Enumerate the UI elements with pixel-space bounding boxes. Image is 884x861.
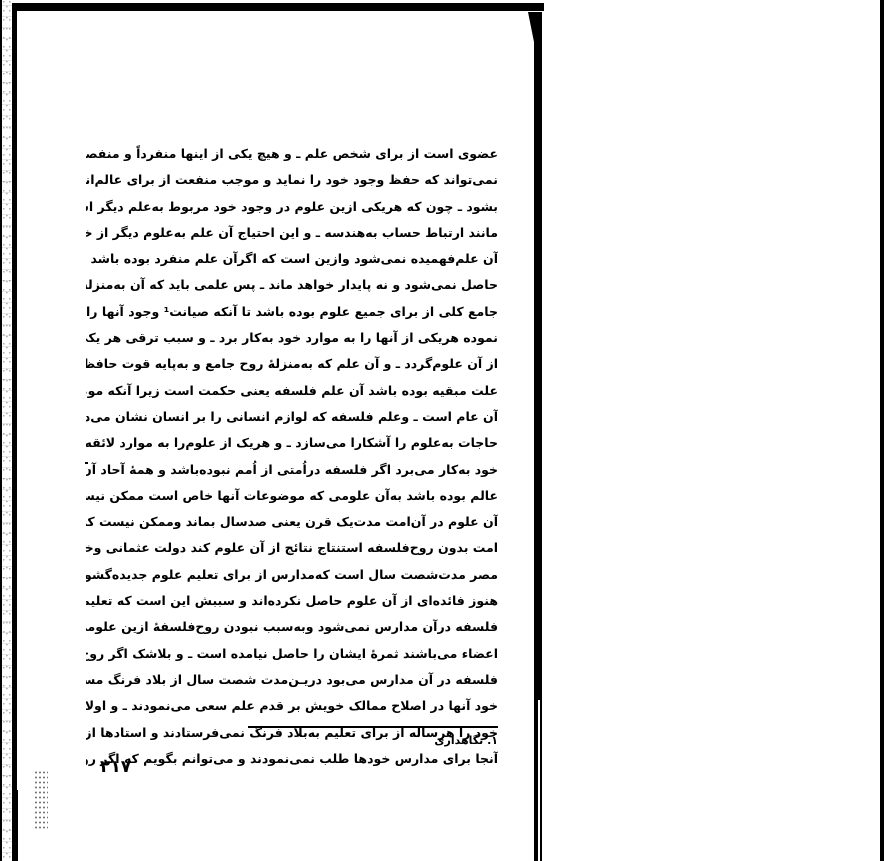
text-line: نمی‌تواند که حفظ وجود خود را نماید و موج…: [86, 167, 498, 193]
text-line: مصر مدت‌شصت سال است که‌مدارس از برای تعل…: [86, 562, 498, 588]
text-line: عضوی است از برای شخص علم ـ و هیچ یکی از …: [86, 141, 498, 167]
text-line: فلسفه درآن مدارس نمی‌شود وبه‌سبب نبودن ر…: [86, 614, 498, 640]
text-line: بشود ـ چون که هریکی ازین علوم در وجود خو…: [86, 194, 498, 220]
footnote-text: نگاهداری: [434, 734, 483, 747]
body-text: عضوی است از برای شخص علم ـ و هیچ یکی از …: [86, 141, 498, 772]
text-line: نموده هریکی از آنها را به موارد خود به‌ک…: [86, 325, 498, 351]
footnote-divider: [248, 726, 498, 728]
footnote: ١. نگاهداری: [434, 734, 498, 747]
text-line: آن عام است ـ وعلم فلسفه که لوازم انسانی …: [86, 404, 498, 430]
text-line: حاجات به‌علوم را آشکارا می‌سازد ـ و هریک…: [86, 430, 498, 456]
page-number: ۲۱۷: [100, 757, 131, 777]
scan-right-edge: [880, 0, 884, 861]
page-left-edge-lower: [17, 790, 24, 861]
page-top-edge: [12, 3, 544, 11]
text-line: مانند ارتباط حساب به‌هندسه ـ و این احتیا…: [86, 220, 498, 246]
text-line: هنوز فائده‌ای از آن علوم حاصل نکرده‌اند …: [86, 588, 498, 614]
footnote-marker: ١.: [487, 734, 498, 747]
text-line: از آن علوم‌گردد ـ و آن علم که به‌منزلهٔ …: [86, 351, 498, 377]
book-gutter-gap: [538, 700, 540, 861]
text-line: خود به‌کار می‌برد اگر فلسفه دراُمتی از ا…: [86, 457, 498, 483]
text-line: علت مبقیه بوده باشد آن علم فلسفه یعنی حک…: [86, 378, 498, 404]
text-line: امت بدون روح‌فلسفه استنتاج نتائج از آن ع…: [86, 535, 498, 561]
text-line: خود آنها در اصلاح ممالک خویش بر قدم علم …: [86, 693, 498, 719]
text-line: اعضاء می‌باشند ثمرهٔ ایشان را حاصل نیامد…: [86, 641, 498, 667]
text-line: جامع کلی از برای جمیع علوم بوده باشد تا …: [86, 299, 498, 325]
text-line: حاصل نمی‌شود و نه پایدار خواهد ماند ـ پس…: [86, 272, 498, 298]
text-line: عالم بوده باشد به‌آن علومی که موضوعات آن…: [86, 483, 498, 509]
text-line: فلسفه در آن مدارس می‌بود دریـن‌مدت شصت س…: [86, 667, 498, 693]
scan-speckle-bottom: [34, 770, 48, 830]
text-line: آن علوم در آن‌امت مدت‌یک قرن یعنی صدسال …: [86, 509, 498, 535]
page-left-edge: [12, 3, 17, 861]
text-line: آنجا برای مدارس خودها طلب نمی‌نمودند و م…: [86, 746, 498, 772]
text-line: آن علم‌فهمیده نمی‌شود وازین است که اگرآن…: [86, 246, 498, 272]
